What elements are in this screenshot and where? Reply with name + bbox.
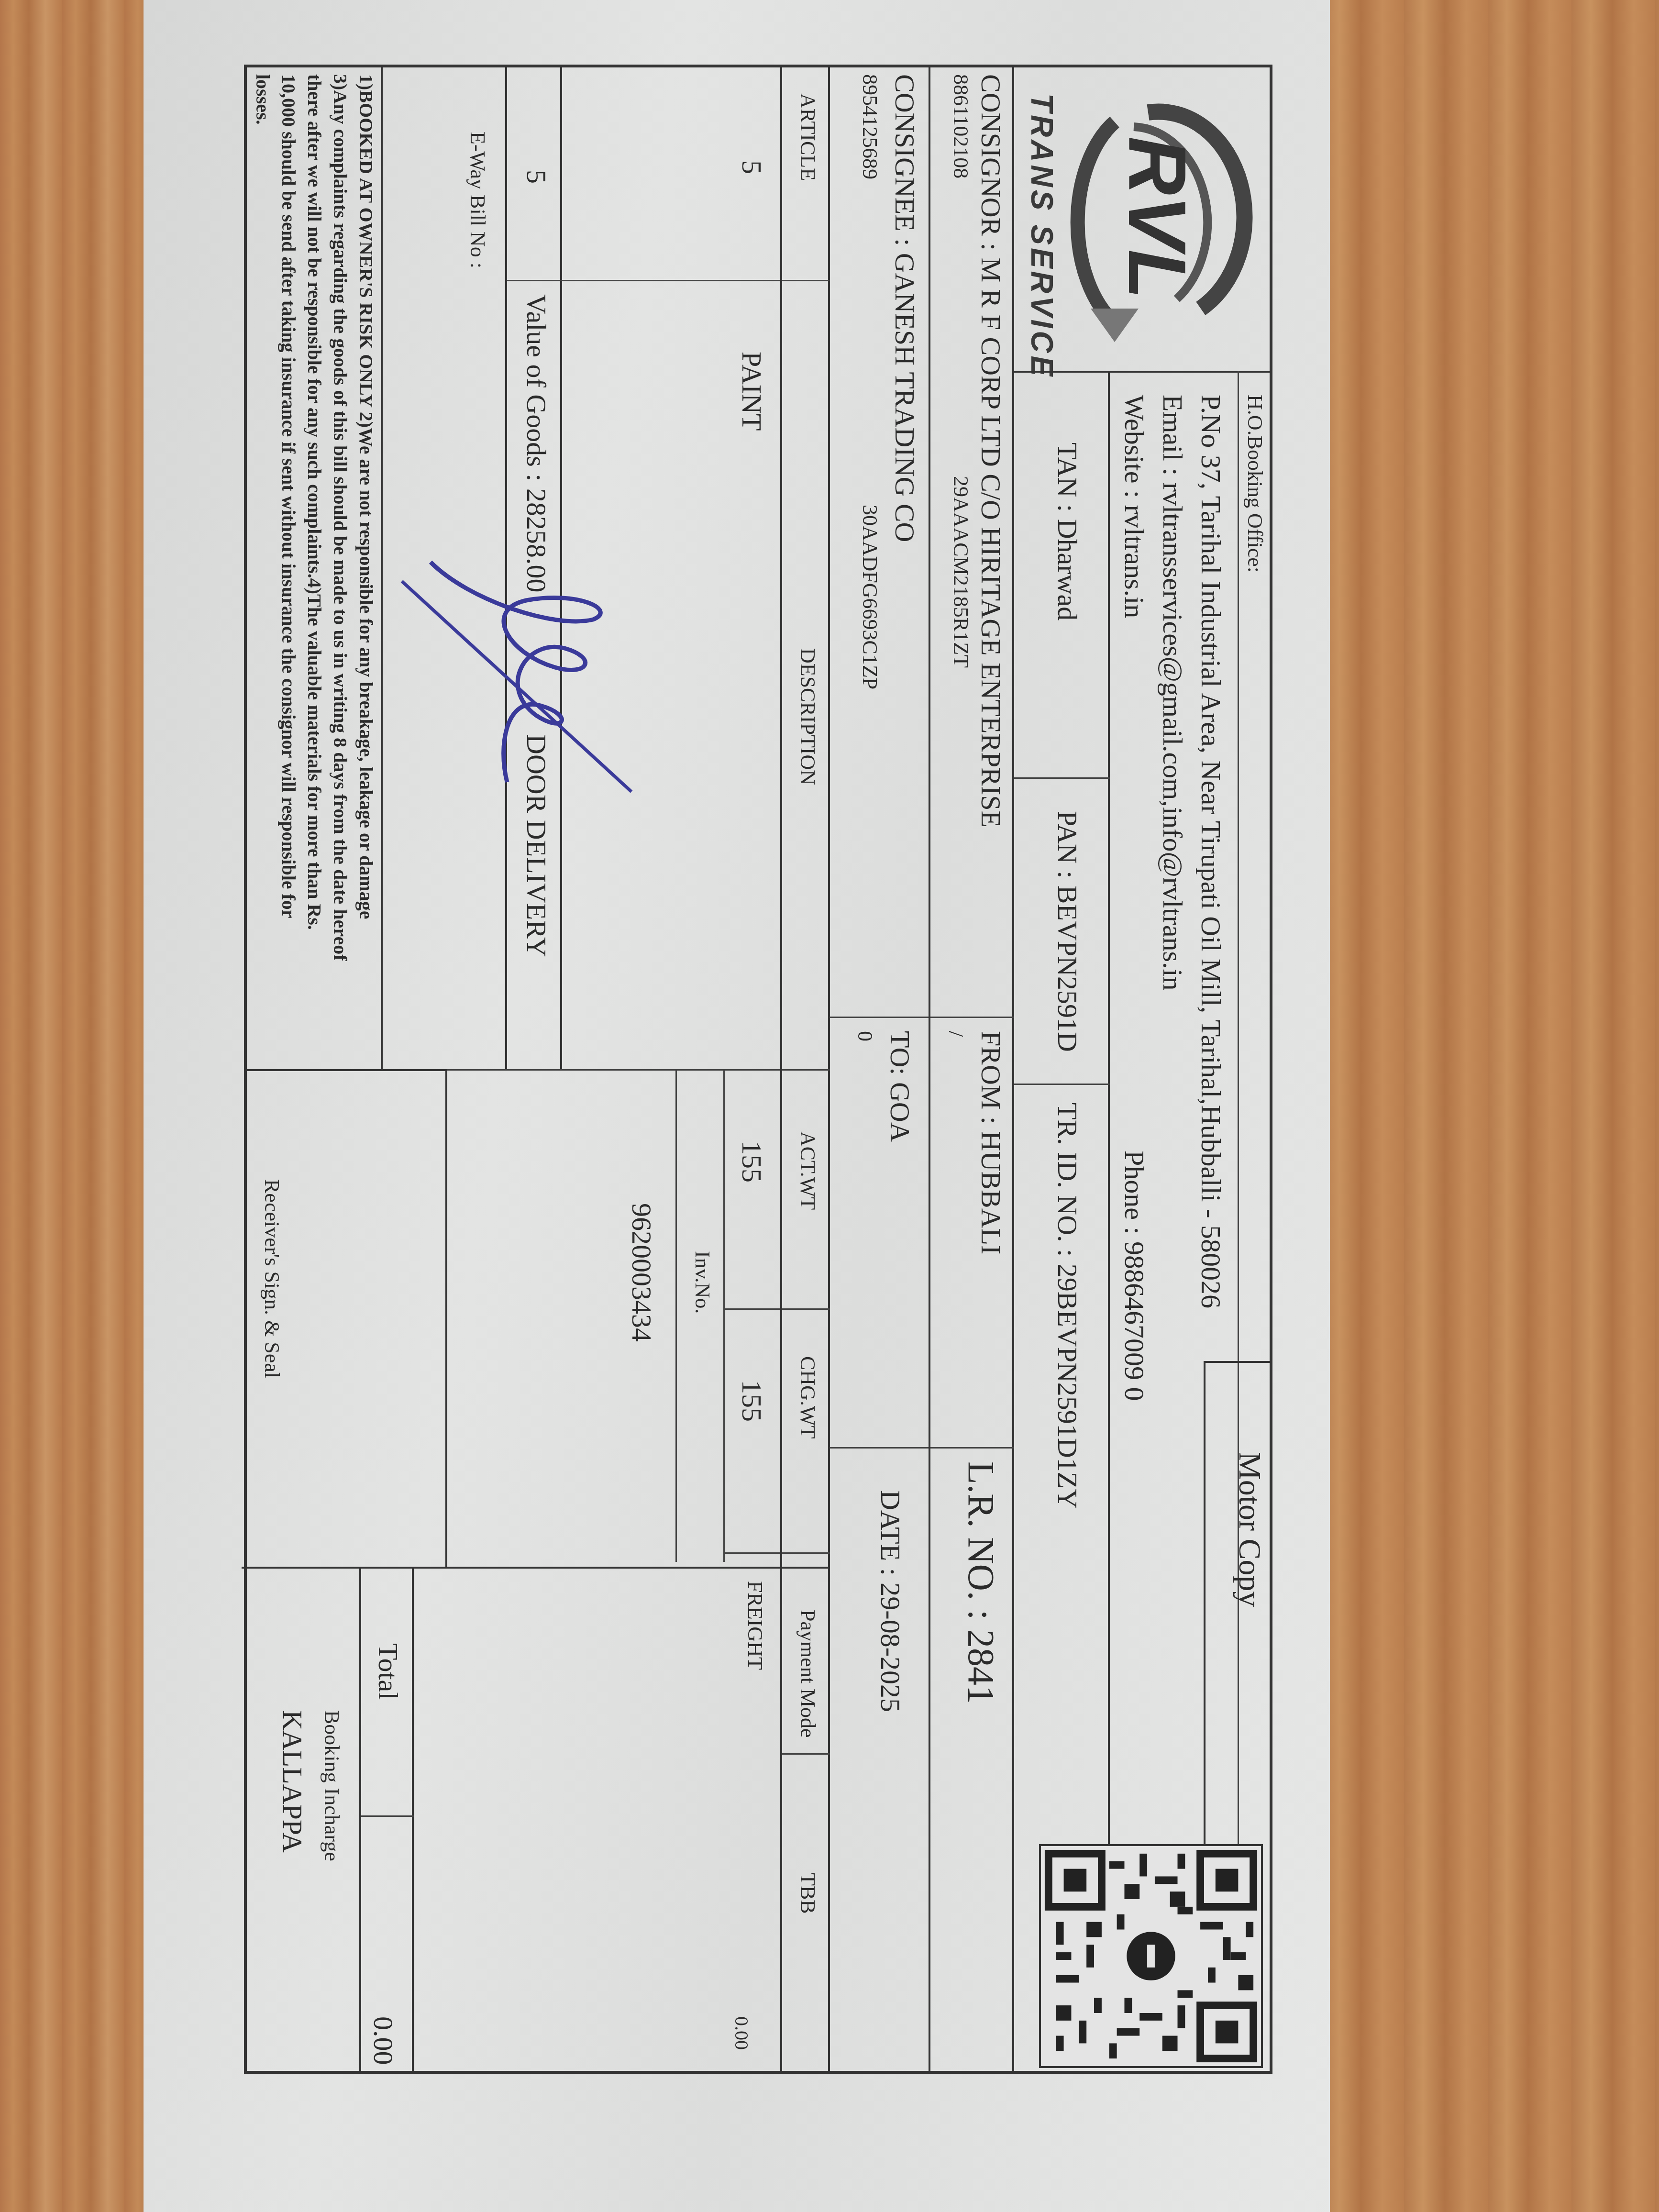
copy-type: Motor Copy <box>1234 1452 1265 1607</box>
route-to-extra: 0 <box>854 1031 875 1041</box>
article-count: 5 <box>738 160 765 174</box>
eway-bill-label: E-Way Bill No : <box>467 132 488 268</box>
total-label: Total <box>374 1643 402 1700</box>
rvl-logo-icon: RVL <box>1057 84 1258 352</box>
booking-incharge-name: KALLAPPA <box>278 1710 306 1853</box>
pan-number: PAN : BEVPN2591D <box>1053 811 1081 1052</box>
consignor-gstin: 29AAACM2185R1ZT <box>950 476 971 668</box>
terms-line: 1)BOOKED AT OWNER'S RISK ONLY 2)We are n… <box>356 74 376 1060</box>
invoice-number: 9620003434 <box>628 1203 655 1342</box>
wooden-table-right <box>1320 0 1659 2212</box>
consignor-phone: 8861102108 <box>950 74 971 178</box>
lr-date: DATE : 29-08-2025 <box>876 1490 904 1712</box>
consignee-gstin: 30AADFG6693C1ZP <box>859 505 880 689</box>
header-article: ARTICLE <box>797 93 818 181</box>
terms-line: 10,000 should be send after taking insur… <box>279 74 298 1060</box>
header-act-wt: ACT.WT <box>797 1131 818 1210</box>
route-from-extra: / <box>945 1031 966 1037</box>
actual-weight: 155 <box>738 1141 765 1183</box>
total-value: 0.00 <box>369 2016 397 2065</box>
wooden-table-left <box>0 0 158 2212</box>
route-from: FROM : HUBBALI <box>977 1031 1005 1254</box>
invoice-label: Inv.No. <box>692 1251 713 1314</box>
terms-line: there after we will not be responsible f… <box>305 74 324 1060</box>
svg-text:RVL: RVL <box>1111 136 1202 299</box>
freight-label: FREIGHT <box>744 1581 765 1670</box>
company-website: Website : rvltrans.in <box>1120 395 1148 618</box>
consignor-name: CONSIGNOR : M R F CORP LTD C/O HIRITAGE … <box>977 74 1005 828</box>
lorry-receipt: RVL TRANS SERVICE H.O.Booking Office: Mo… <box>244 65 1272 2074</box>
company-email: Email : rvltransservices@gmail.com,info@… <box>1159 395 1186 991</box>
header-payment-mode: Payment Mode <box>797 1610 818 1738</box>
booking-incharge-label: Booking Incharge <box>321 1710 342 1861</box>
booking-office-label: H.O.Booking Office: <box>1244 395 1265 573</box>
tan-number: TAN : Dharwad <box>1053 442 1081 620</box>
header-chg-wt: CHG.WT <box>797 1356 818 1438</box>
lr-number: L.R. NO. : 2841 <box>962 1461 1000 1704</box>
terms-line: losses. <box>253 74 272 1060</box>
qr-code-icon <box>1039 1844 1263 2068</box>
receiver-sign-label: Receiver's Sign. & Seal <box>261 1179 282 1378</box>
terms-line: 3)Any complaints regarding the goods of … <box>331 74 350 1060</box>
header-description: DESCRIPTION <box>797 648 818 785</box>
company-address: P.No 37, Tarihal Industrial Area, Near T… <box>1197 395 1225 1308</box>
route-to: TO: GOA <box>886 1031 914 1142</box>
tr-id-number: TR. ID. NO. : 29BEVPN2591D1ZY <box>1053 1103 1081 1509</box>
total-articles: 5 <box>522 170 550 184</box>
company-phone: Phone : 9886467009 0 <box>1120 1150 1148 1401</box>
freight-value: 0.00 <box>732 2016 751 2050</box>
terms-block: 1)BOOKED AT OWNER'S RISK ONLY 2)We are n… <box>253 74 376 1060</box>
consignee-name: CONSIGNEE : GANESH TRADING CO <box>891 74 918 542</box>
payment-mode-value: TBB <box>797 1873 818 1914</box>
signature-scribble-icon <box>383 543 651 811</box>
article-description: PAINT <box>738 352 765 431</box>
logo-tagline: TRANS SERVICE <box>1027 93 1057 379</box>
consignee-phone: 8954125689 <box>859 74 880 179</box>
charged-weight: 155 <box>738 1380 765 1422</box>
